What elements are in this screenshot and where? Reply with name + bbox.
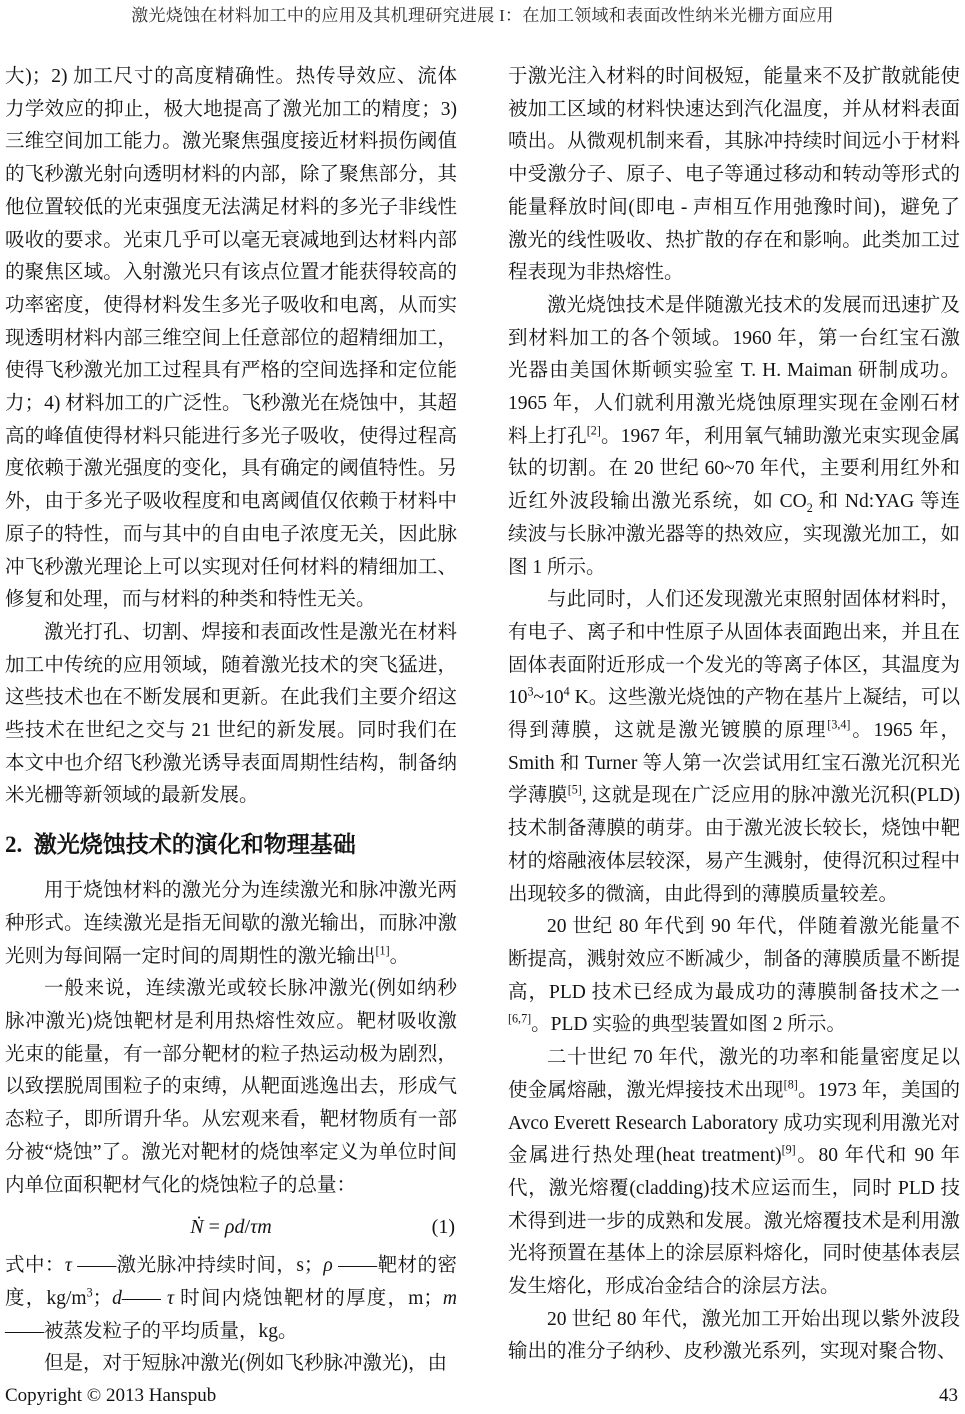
- paragraph: 20 世纪 80 年代到 90 年代，伴随着激光能量不断提高，溅射效应不断减少，…: [508, 911, 960, 1042]
- section-heading: 2. 激光烧蚀技术的演化和物理基础: [5, 828, 457, 862]
- paper-page: 激光烧蚀在材料加工中的应用及其机理研究进展 I：在加工领域和表面改性纳米光栅方面…: [0, 0, 965, 1414]
- left-column: 大)；2) 加工尺寸的高度精确性。热传导效应、流体力学效应的抑止，极大地提高了激…: [5, 61, 457, 1381]
- equation-formula: Ṅ = ρd/τm: [190, 1216, 271, 1238]
- paragraph: 激光打孔、切割、焊接和表面改性是激光在材料加工中传统的应用领域，随着激光技术的突…: [5, 617, 457, 813]
- paragraph: 与此同时，人们还发现激光束照射固体材料时，有电子、离子和中性原子从固体表面跑出来…: [508, 584, 960, 911]
- page-number: 43: [939, 1384, 958, 1408]
- paragraph: 但是，对于短脉冲激光(例如飞秒脉冲激光)，由: [5, 1348, 457, 1381]
- paragraph: 二十世纪 70 年代，激光的功率和能量密度足以使金属熔融，激光焊接技术出现[8]…: [508, 1042, 960, 1304]
- page-footer: Copyright © 2013 Hanspub 43: [5, 1384, 958, 1408]
- copyright-text: Copyright © 2013 Hanspub: [5, 1384, 216, 1408]
- paragraph: 用于烧蚀材料的激光分为连续激光和脉冲激光两种形式。连续激光是指无间歇的激光输出，…: [5, 875, 457, 973]
- paragraph: 激光烧蚀技术是伴随激光技术的发展而迅速扩及到材料加工的各个领域。1960 年，第…: [508, 290, 960, 584]
- paragraph: 一般来说，连续激光或较长脉冲激光(例如纳秒脉冲激光)烧蚀靶材是利用热熔性效应。靶…: [5, 973, 457, 1202]
- paragraph: 大)；2) 加工尺寸的高度精确性。热传导效应、流体力学效应的抑止，极大地提高了激…: [5, 61, 457, 617]
- right-column: 于激光注入材料的时间极短，能量来不及扩散就能使被加工区域的材料快速达到汽化温度，…: [508, 61, 960, 1381]
- running-head-title: 激光烧蚀在材料加工中的应用及其机理研究进展 I：在加工领域和表面改性纳米光栅方面…: [0, 0, 965, 27]
- equation: Ṅ = ρd/τm(1): [5, 1210, 457, 1244]
- two-column-body: 大)；2) 加工尺寸的高度精确性。热传导效应、流体力学效应的抑止，极大地提高了激…: [0, 61, 965, 1381]
- paragraph: 于激光注入材料的时间极短，能量来不及扩散就能使被加工区域的材料快速达到汽化温度，…: [508, 61, 960, 290]
- equation-number: (1): [432, 1210, 455, 1244]
- paragraph: 式中：τ ——激光脉冲持续时间，s；ρ ——靶材的密度，kg/m3；d—— τ …: [5, 1250, 457, 1348]
- paragraph: 20 世纪 80 年代，激光加工开始出现以紫外波段输出的准分子纳秒、皮秒激光系列…: [508, 1304, 960, 1369]
